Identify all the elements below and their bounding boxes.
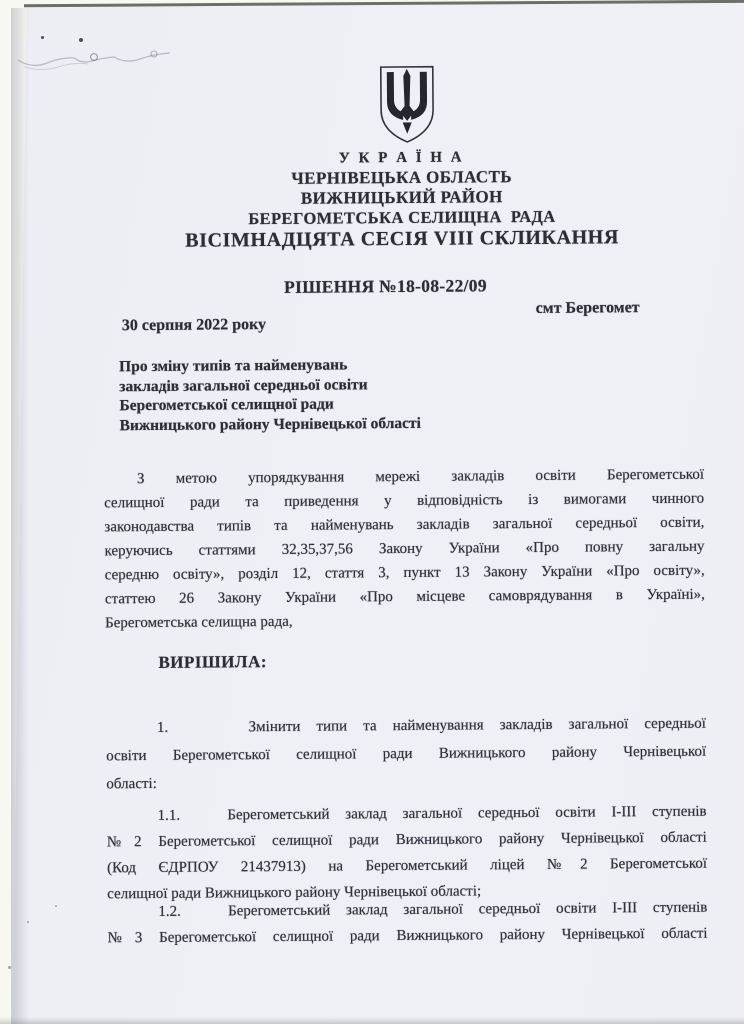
preamble-paragraph: З метою упорядкування мережі закладів ос… [104, 463, 705, 636]
decision-subject: Про зміну типів та найменувань закладів … [119, 354, 540, 435]
preamble-last-line: Берегометська селищна рада, [105, 607, 705, 636]
letterhead-session: ВІСІМНАДЦЯТА СЕСІЯ VIII СКЛИКАННЯ [102, 227, 702, 252]
item-1-justified-lines: 1. Змінити типи та найменування закладів… [106, 710, 706, 771]
decision-place: смт Берегомет [536, 299, 640, 318]
decision-date: 30 серпня 2022 року [122, 316, 266, 335]
item-1-1-justified-lines: 1.1. Берегометський заклад загальної сер… [107, 799, 708, 882]
resolved-label: ВИРІШИЛА: [158, 652, 267, 673]
ukraine-trident-shield-icon [376, 64, 439, 146]
letterhead: У К Р А Ї Н А ЧЕРНІВЕЦЬКА ОБЛАСТЬ ВИЖНИЦ… [101, 146, 702, 252]
document-content: У К Р А Ї Н А ЧЕРНІВЕЦЬКА ОБЛАСТЬ ВИЖНИЦ… [0, 0, 744, 1024]
item-1-last-line: області: [106, 766, 706, 799]
resolution-item-1-1: 1.1. Берегометський заклад загальної сер… [107, 799, 708, 908]
scanned-document-page: У К Р А Ї Н А ЧЕРНІВЕЦЬКА ОБЛАСТЬ ВИЖНИЦ… [0, 0, 744, 1024]
decision-number: РІШЕННЯ №18-08-22/09 [102, 274, 668, 299]
resolution-item-1: 1. Змінити типи та найменування закладів… [106, 710, 707, 799]
item-1-2-justified-lines: 1.2. Берегометський заклад загальної сер… [107, 895, 707, 952]
resolution-item-1-2: 1.2. Берегометський заклад загальної сер… [107, 895, 707, 952]
preamble-justified-lines: З метою упорядкування мережі закладів ос… [104, 463, 705, 612]
